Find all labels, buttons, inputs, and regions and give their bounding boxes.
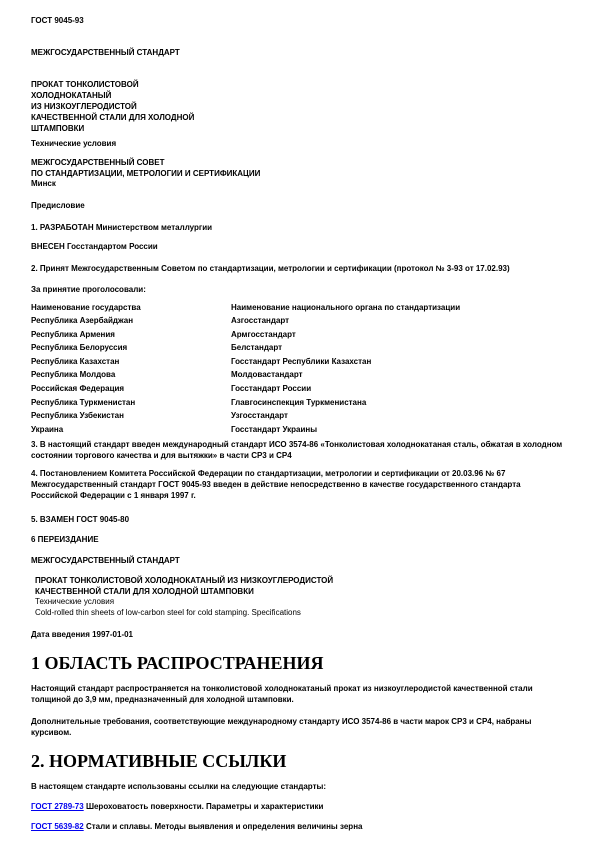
vote-row-country: Республика Туркменистан [31,396,231,410]
section-2-heading: 2. НОРМАТИВНЫЕ ССЫЛКИ [31,751,565,772]
standard-title-block: ПРОКАТ ТОНКОЛИСТОВОЙ ХОЛОДНОКАТАНЫЙ ИЗ Н… [31,576,565,618]
doc-code: ГОСТ 9045-93 [31,15,565,26]
gost-2789-link[interactable]: ГОСТ 2789-73 [31,802,84,811]
vote-row-country: Республика Казахстан [31,355,231,369]
subtitle: Технические условия [31,138,565,149]
vote-row-country: Республика Молдова [31,368,231,382]
section-1-paragraph-2: Дополнительные требования, соответствующ… [31,716,565,738]
vote-row-body: Госстандарт России [231,382,565,396]
council-block: МЕЖГОСУДАРСТВЕННЫЙ СОВЕТ ПО СТАНДАРТИЗАЦ… [31,158,565,190]
reference-title: Шероховатость поверхности. Параметры и х… [86,802,324,811]
foreword-item-1: 1. РАЗРАБОТАН Министерством металлургии [31,222,565,233]
vote-row-country: Российская Федерация [31,382,231,396]
council-line: МЕЖГОСУДАРСТВЕННЫЙ СОВЕТ [31,158,565,169]
vote-row-country: Республика Узбекистан [31,409,231,423]
foreword-item-3: 3. В настоящий стандарт введен междунаро… [31,439,565,461]
vote-row-body: Армгосстандарт [231,328,565,342]
foreword-item-4-line2: Межгосударственный стандарт ГОСТ 9045-93… [31,479,565,501]
section-2-intro: В настоящем стандарте использованы ссылк… [31,781,565,792]
standard-subtitle-ru: Технические условия [35,597,565,608]
vote-row-body: Азгосстандарт [231,314,565,328]
foreword-item-6: 6 ПЕРЕИЗДАНИЕ [31,534,565,545]
foreword-item-1b: ВНЕСЕН Госстандартом России [31,241,565,252]
title-line: ХОЛОДНОКАТАНЫЙ [31,90,565,101]
standard-title-line: КАЧЕСТВЕННОЙ СТАЛИ ДЛЯ ХОЛОДНОЙ ШТАМПОВК… [35,587,565,598]
standard-title-line: ПРОКАТ ТОНКОЛИСТОВОЙ ХОЛОДНОКАТАНЫЙ ИЗ Н… [35,576,565,587]
vote-row-body: Узгосстандарт [231,409,565,423]
vote-table-header-country: Наименование государства [31,301,231,315]
title-line: ШТАМПОВКИ [31,123,565,134]
standard-subtitle-en: Cold-rolled thin sheets of low-carbon st… [35,608,565,619]
foreword-item-2: 2. Принят Межгосударственным Советом по … [31,263,565,274]
reference-title: Стали и сплавы. Методы выявления и опред… [86,822,363,831]
foreword-heading: Предисловие [31,200,565,211]
reference-line: ГОСТ 2789-73 Шероховатость поверхности. … [31,801,565,812]
vote-row-country: Республика Белоруссия [31,341,231,355]
votes-intro: За принятие проголосовали: [31,284,565,295]
vote-row-body: Молдовастандарт [231,368,565,382]
vote-row-body: Главгосинспекция Туркменистана [231,396,565,410]
foreword-item-4: 4. Постановлением Комитета Российской Фе… [31,468,565,501]
standard-label-2: МЕЖГОСУДАРСТВЕННЫЙ СТАНДАРТ [31,555,565,566]
council-city: Минск [31,179,565,190]
vote-table: Наименование государства Наименование на… [31,301,565,437]
council-line: ПО СТАНДАРТИЗАЦИИ, МЕТРОЛОГИИ И СЕРТИФИК… [31,169,565,180]
vote-row-country: Украина [31,423,231,437]
foreword-item-4-line1: 4. Постановлением Комитета Российской Фе… [31,468,565,479]
vote-row-country: Республика Азербайджан [31,314,231,328]
effective-date: Дата введения 1997-01-01 [31,629,565,640]
vote-row-country: Республика Армения [31,328,231,342]
document-page: ГОСТ 9045-93 МЕЖГОСУДАРСТВЕННЫЙ СТАНДАРТ… [0,0,595,842]
foreword-item-5: 5. ВЗАМЕН ГОСТ 9045-80 [31,514,565,525]
vote-table-header-body: Наименование национального органа по ста… [231,301,565,315]
section-1-heading: 1 ОБЛАСТЬ РАСПРОСТРАНЕНИЯ [31,653,565,674]
standard-label: МЕЖГОСУДАРСТВЕННЫЙ СТАНДАРТ [31,47,565,58]
gost-5639-link[interactable]: ГОСТ 5639-82 [31,822,84,831]
title-line: ПРОКАТ ТОНКОЛИСТОВОЙ [31,79,565,90]
vote-row-body: Госстандарт Республики Казахстан [231,355,565,369]
vote-row-body: Белстандарт [231,341,565,355]
section-1-paragraph-1: Настоящий стандарт распространяется на т… [31,683,565,705]
title-line: ИЗ НИЗКОУГЛЕРОДИСТОЙ [31,101,565,112]
reference-line: ГОСТ 5639-82 Стали и сплавы. Методы выяв… [31,821,565,832]
document-title-block: ПРОКАТ ТОНКОЛИСТОВОЙ ХОЛОДНОКАТАНЫЙ ИЗ Н… [31,79,565,134]
vote-row-body: Госстандарт Украины [231,423,565,437]
title-line: КАЧЕСТВЕННОЙ СТАЛИ ДЛЯ ХОЛОДНОЙ [31,112,565,123]
